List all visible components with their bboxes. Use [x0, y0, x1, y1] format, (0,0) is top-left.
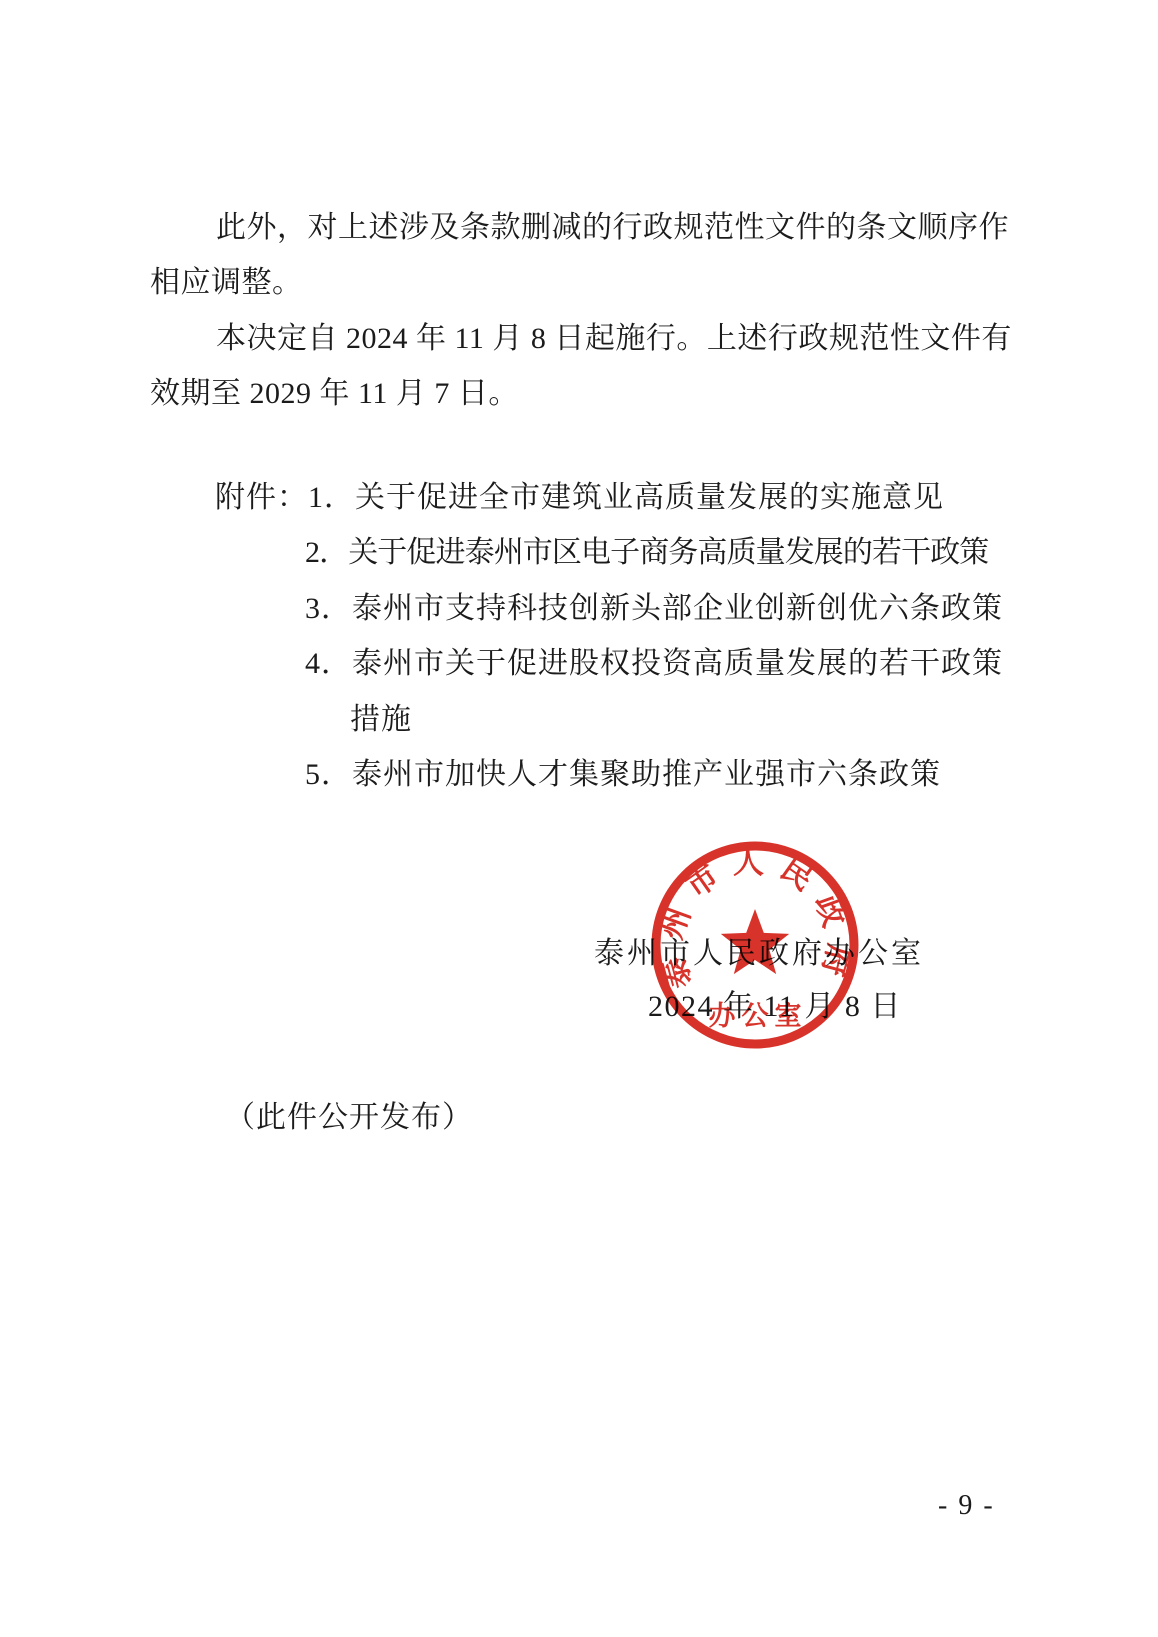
seal-bottom-text: 办公室 — [709, 1001, 808, 1031]
attachment-item-1: 1．关于促进全市建筑业高质量发展的实施意见 — [308, 481, 944, 514]
attachment-item-5: 5．泰州市加快人才集聚助推产业强市六条政策 — [215, 747, 1003, 802]
attachment-item-4: 4．泰州市关于促进股权投资高质量发展的若干政策 — [215, 636, 1003, 691]
attachment-item-4-continuation: 措施 — [215, 692, 1003, 747]
page-number: - 9 - — [938, 1490, 995, 1522]
body-text: 此外，对上述涉及条款删减的行政规范性文件的条文顺序作 相应调整。 本决定自 20… — [150, 200, 1018, 421]
paragraph-1-line-1: 此外，对上述涉及条款删减的行政规范性文件的条文顺序作 — [150, 200, 1018, 255]
document-page: 此外，对上述涉及条款删减的行政规范性文件的条文顺序作 相应调整。 本决定自 20… — [0, 0, 1158, 1637]
official-seal: 泰州市人民政府 办公室 — [645, 835, 865, 1055]
attachment-row: 附件：1．关于促进全市建筑业高质量发展的实施意见 — [215, 470, 1003, 525]
paragraph-1-line-2: 相应调整。 — [150, 255, 1018, 310]
attachment-item-3: 3．泰州市支持科技创新头部企业创新创优六条政策 — [215, 581, 1003, 636]
attachment-item-2: 2．关于促进泰州市区电子商务高质量发展的若干政策 — [215, 525, 1003, 580]
public-release-note: （此件公开发布） — [225, 1092, 473, 1136]
paragraph-2-line-2: 效期至 2029 年 11 月 7 日。 — [150, 366, 1018, 421]
paragraph-2-line-1: 本决定自 2024 年 11 月 8 日起施行。上述行政规范性文件有 — [150, 311, 1018, 366]
attachment-list: 附件：1．关于促进全市建筑业高质量发展的实施意见 2．关于促进泰州市区电子商务高… — [215, 470, 1003, 802]
seal-star-icon — [721, 909, 789, 974]
attachment-label: 附件： — [215, 470, 308, 525]
